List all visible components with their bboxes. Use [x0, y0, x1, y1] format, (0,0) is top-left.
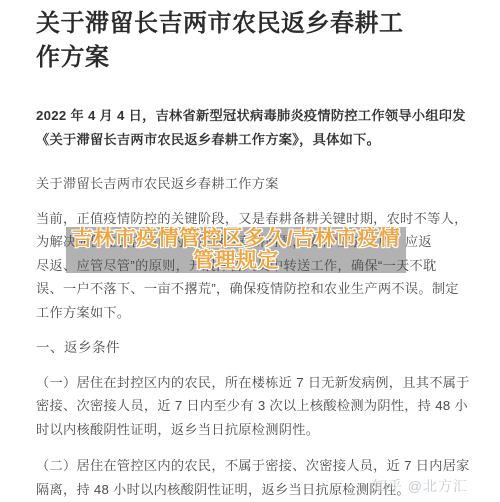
- section-heading-return-conditions: 一、返乡条件: [36, 336, 470, 360]
- article-title: 关于滞留长吉两市农民返乡春耕工 作方案: [36, 6, 466, 74]
- promo-overlay-banner: 吉林市疫情管控区多久/吉林市疫情 管理规定: [66, 227, 406, 273]
- intro-paragraph: 2022 年 4 月 4 日，吉林省新型冠状病毒肺炎疫情防控工作领导小组印发 《…: [36, 104, 470, 151]
- article-page: 关于滞留长吉两市农民返乡春耕工 作方案 2022 年 4 月 4 日，吉林省新型…: [0, 0, 500, 502]
- paragraph-condition-1: （一）居住在封控区内的农民，所在楼栋近 7 日无新发病例，且其不属于 密接、次密…: [36, 371, 472, 442]
- zhihu-watermark: 知乎 @北方汇: [373, 477, 468, 495]
- overlay-text-line1: 吉林市疫情管控区多久/吉林市疫情: [72, 228, 401, 250]
- overlay-text-line2: 管理规定: [193, 250, 279, 272]
- document-name-line: 关于滞留长吉两市农民返乡春耕工作方案: [36, 172, 470, 196]
